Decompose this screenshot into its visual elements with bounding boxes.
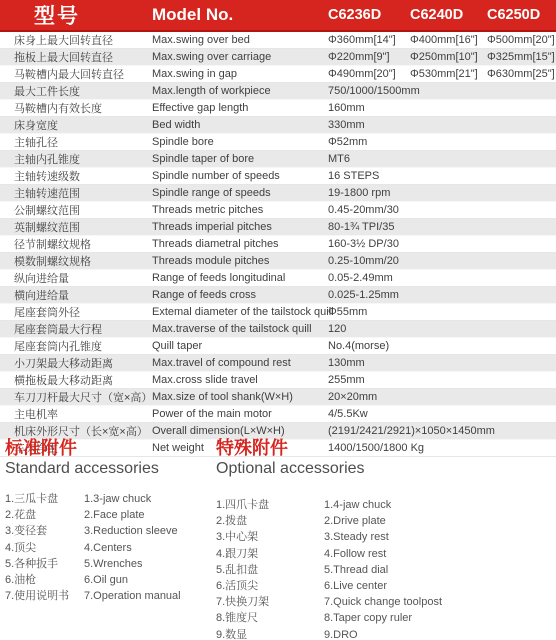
spec-value-1: 160-3½ DP/30 [328, 236, 556, 253]
spec-label-en: Range of feeds longitudinal [152, 270, 328, 287]
accessory-label-en: 8.Taper copy ruler [324, 610, 412, 626]
table-row: 机床外形尺寸（长×宽×高） Overall dimension(L×W×H) (… [0, 423, 556, 440]
table-row: 床身宽度 Bed width 330mm [0, 117, 556, 134]
table-row: 尾座套筒外径 Extemal diameter of the tailstock… [0, 304, 556, 321]
table-row: 床身上最大回转直径 Max.swing over bed Φ360mm[14"]… [0, 31, 556, 49]
spec-label-cn: 主轴内孔锥度 [0, 151, 152, 168]
accessory-label-cn: 9.数显 [216, 627, 324, 640]
accessory-label-en: 5.Wrenches [84, 556, 143, 572]
spec-label-cn: 拖板上最大回转直径 [0, 49, 152, 66]
accessory-label-cn: 5.乱扣盘 [216, 562, 324, 578]
table-row: 英制螺纹范围 Threads imperial pitches 80-1¾ TP… [0, 219, 556, 236]
list-item: 2.拨盘 2.Drive plate [216, 513, 551, 529]
spec-value-2: Φ400mm[16"] [410, 31, 487, 49]
spec-value-1: Φ52mm [328, 134, 556, 151]
accessory-label-cn: 1.三瓜卡盘 [5, 491, 84, 507]
spec-value-1: 4/5.5Kw [328, 406, 556, 423]
optional-accessories-section: 特殊附件 Optional accessories 1.四爪卡盘 1.4-jaw… [216, 439, 551, 640]
spec-label-en: Range of feeds cross [152, 287, 328, 304]
spec-label-cn: 最大工件长度 [0, 83, 152, 100]
optional-accessories-title-en: Optional accessories [216, 460, 551, 478]
spec-value-1: MT6 [328, 151, 556, 168]
table-row: 主轴转速范围 Spindle range of speeds 19-1800 r… [0, 185, 556, 202]
spec-label-en: Threads imperial pitches [152, 219, 328, 236]
spec-table-header: 型号 Model No. C6236D C6240D C6250D [0, 0, 556, 31]
accessory-label-en: 6.Live center [324, 578, 387, 594]
table-row: 横拖板最大移动距离 Max.cross slide travel 255mm [0, 372, 556, 389]
list-item: 5.各种扳手 5.Wrenches [5, 556, 213, 572]
table-row: 纵向进给量 Range of feeds longitudinal 0.05-2… [0, 270, 556, 287]
spec-table: 型号 Model No. C6236D C6240D C6250D 床身上最大回… [0, 0, 556, 457]
spec-value-1: 80-1¾ TPI/35 [328, 219, 556, 236]
table-row: 主轴内孔锥度 Spindle taper of bore MT6 [0, 151, 556, 168]
spec-value-1: 120 [328, 321, 556, 338]
accessory-label-en: 3.Steady rest [324, 529, 389, 545]
spec-label-cn: 径节制螺纹规格 [0, 236, 152, 253]
optional-accessories-title-cn: 特殊附件 [216, 439, 551, 458]
accessory-label-cn: 2.花盘 [5, 507, 84, 523]
spec-label-en: Threads metric pitches [152, 202, 328, 219]
spec-sheet-page: { "colors": { "header_red": "#d6251e", "… [0, 0, 556, 640]
spec-label-cn: 横向进给量 [0, 287, 152, 304]
spec-value-1: 16 STEPS [328, 168, 556, 185]
spec-label-en: Spindle number of speeds [152, 168, 328, 185]
accessory-label-en: 2.Drive plate [324, 513, 386, 529]
spec-value-3: Φ630mm[25"] [487, 66, 556, 83]
spec-label-en: Max.swing in gap [152, 66, 328, 83]
accessory-label-cn: 7.快换刀架 [216, 594, 324, 610]
spec-label-cn: 小刀架最大移动距离 [0, 355, 152, 372]
table-row: 小刀架最大移动距离 Max.travel of compound rest 13… [0, 355, 556, 372]
spec-label-cn: 机床外形尺寸（长×宽×高） [0, 423, 152, 440]
list-item: 7.快换刀架 7.Quick change toolpost [216, 594, 551, 610]
spec-label-cn: 横拖板最大移动距离 [0, 372, 152, 389]
table-row: 马鞍槽内最大回转直径 Max.swing in gap Φ490mm[20"] … [0, 66, 556, 83]
spec-value-1: 0.025-1.25mm [328, 287, 556, 304]
spec-label-cn: 尾座套筒外径 [0, 304, 152, 321]
header-model-c6240d: C6240D [410, 0, 487, 31]
spec-label-cn: 模数制螺纹规格 [0, 253, 152, 270]
accessory-label-en: 1.3-jaw chuck [84, 491, 151, 507]
table-row: 横向进给量 Range of feeds cross 0.025-1.25mm [0, 287, 556, 304]
standard-accessories-title-en: Standard accessories [5, 460, 213, 478]
spec-label-en: Max.swing over carriage [152, 49, 328, 66]
spec-value-1: 19-1800 rpm [328, 185, 556, 202]
spec-value-1: 255mm [328, 372, 556, 389]
spec-label-en: Power of the main motor [152, 406, 328, 423]
spec-value-1: 0.25-10mm/20 [328, 253, 556, 270]
spec-label-cn: 纵向进给量 [0, 270, 152, 287]
list-item: 5.乱扣盘 5.Thread dial [216, 562, 551, 578]
accessory-label-en: 7.Quick change toolpost [324, 594, 442, 610]
table-row: 主轴转速级数 Spindle number of speeds 16 STEPS [0, 168, 556, 185]
accessory-label-cn: 1.四爪卡盘 [216, 497, 324, 513]
list-item: 1.三瓜卡盘 1.3-jaw chuck [5, 491, 213, 507]
accessory-label-cn: 3.变径套 [5, 523, 84, 539]
standard-accessories-section: 标准附件 Standard accessories 1.三瓜卡盘 1.3-jaw… [5, 439, 213, 604]
spec-label-cn: 公制螺纹范围 [0, 202, 152, 219]
accessory-label-cn: 4.跟刀架 [216, 546, 324, 562]
spec-label-en: Extemal diameter of the tailstock quill [152, 304, 328, 321]
accessory-label-cn: 6.活顶尖 [216, 578, 324, 594]
list-item: 6.油枪 6.Oil gun [5, 572, 213, 588]
spec-value-1: 130mm [328, 355, 556, 372]
spec-label-en: Max.traverse of the tailstock quill [152, 321, 328, 338]
spec-value-1: 0.05-2.49mm [328, 270, 556, 287]
spec-value-1: Φ55mm [328, 304, 556, 321]
table-row: 主电机率 Power of the main motor 4/5.5Kw [0, 406, 556, 423]
spec-label-cn: 车刀刀杆最大尺寸（宽×高） [0, 389, 152, 406]
spec-label-cn: 床身上最大回转直径 [0, 31, 152, 49]
list-item: 1.四爪卡盘 1.4-jaw chuck [216, 497, 551, 513]
accessory-label-cn: 3.中心架 [216, 529, 324, 545]
spec-value-2: Φ250mm[10"] [410, 49, 487, 66]
table-row: 车刀刀杆最大尺寸（宽×高） Max.size of tool shank(W×H… [0, 389, 556, 406]
header-label-en: Model No. [152, 0, 328, 31]
spec-value-3: Φ325mm[15"] [487, 49, 556, 66]
spec-label-cn: 主轴转速级数 [0, 168, 152, 185]
spec-label-en: Max.length of workpiece [152, 83, 328, 100]
spec-label-en: Max.cross slide travel [152, 372, 328, 389]
table-row: 马鞍槽内有效长度 Effective gap length 160mm [0, 100, 556, 117]
spec-label-cn: 主轴转速范围 [0, 185, 152, 202]
spec-label-cn: 床身宽度 [0, 117, 152, 134]
spec-value-1: 160mm [328, 100, 556, 117]
table-row: 模数制螺纹规格 Threads module pitches 0.25-10mm… [0, 253, 556, 270]
accessory-label-cn: 5.各种扳手 [5, 556, 84, 572]
spec-label-en: Max.travel of compound rest [152, 355, 328, 372]
spec-label-cn: 主轴孔径 [0, 134, 152, 151]
spec-label-en: Threads diametral pitches [152, 236, 328, 253]
accessory-label-en: 1.4-jaw chuck [324, 497, 391, 513]
list-item: 3.中心架 3.Steady rest [216, 529, 551, 545]
accessory-label-en: 9.DRO [324, 627, 358, 640]
header-model-c6236d: C6236D [328, 0, 410, 31]
spec-value-1: No.4(morse) [328, 338, 556, 355]
spec-value-1: Φ360mm[14"] [328, 31, 410, 49]
accessory-label-cn: 4.顶尖 [5, 540, 84, 556]
spec-label-en: Spindle taper of bore [152, 151, 328, 168]
spec-label-en: Threads module pitches [152, 253, 328, 270]
spec-label-cn: 英制螺纹范围 [0, 219, 152, 236]
table-row: 最大工件长度 Max.length of workpiece 750/1000/… [0, 83, 556, 100]
accessory-label-en: 4.Centers [84, 540, 132, 556]
table-row: 拖板上最大回转直径 Max.swing over carriage Φ220mm… [0, 49, 556, 66]
spec-label-en: Spindle bore [152, 134, 328, 151]
accessory-label-en: 3.Reduction sleeve [84, 523, 178, 539]
list-item: 3.变径套 3.Reduction sleeve [5, 523, 213, 539]
accessory-label-en: 7.Operation manual [84, 588, 181, 604]
table-row: 尾座套筒最大行程 Max.traverse of the tailstock q… [0, 321, 556, 338]
accessory-label-cn: 7.使用说明书 [5, 588, 84, 604]
spec-label-en: Max.size of tool shank(W×H) [152, 389, 328, 406]
standard-accessories-list: 1.三瓜卡盘 1.3-jaw chuck 2.花盘 2.Face plate 3… [5, 491, 213, 604]
header-label-cn: 型号 [0, 0, 152, 31]
accessory-label-en: 6.Oil gun [84, 572, 128, 588]
spec-label-en: Max.swing over bed [152, 31, 328, 49]
spec-value-1: Φ490mm[20"] [328, 66, 410, 83]
spec-value-3: Φ500mm[20"] [487, 31, 556, 49]
list-item: 6.活顶尖 6.Live center [216, 578, 551, 594]
spec-table-body: 床身上最大回转直径 Max.swing over bed Φ360mm[14"]… [0, 31, 556, 457]
spec-label-cn: 主电机率 [0, 406, 152, 423]
list-item: 7.使用说明书 7.Operation manual [5, 588, 213, 604]
optional-accessories-list: 1.四爪卡盘 1.4-jaw chuck 2.拨盘 2.Drive plate … [216, 497, 551, 640]
spec-label-cn: 马鞍槽内最大回转直径 [0, 66, 152, 83]
accessory-label-en: 5.Thread dial [324, 562, 388, 578]
table-row: 公制螺纹范围 Threads metric pitches 0.45-20mm/… [0, 202, 556, 219]
list-item: 2.花盘 2.Face plate [5, 507, 213, 523]
spec-label-en: Spindle range of speeds [152, 185, 328, 202]
spec-label-en: Bed width [152, 117, 328, 134]
list-item: 4.跟刀架 4.Follow rest [216, 546, 551, 562]
spec-value-1: 330mm [328, 117, 556, 134]
spec-value-1: 750/1000/1500mm [328, 83, 556, 100]
spec-label-cn: 尾座套筒最大行程 [0, 321, 152, 338]
spec-label-en: Overall dimension(L×W×H) [152, 423, 328, 440]
list-item: 4.顶尖 4.Centers [5, 540, 213, 556]
spec-label-cn: 尾座套筒内孔锥度 [0, 338, 152, 355]
spec-value-1: (2191/2421/2921)×1050×1450mm [328, 423, 556, 440]
spec-label-en: Effective gap length [152, 100, 328, 117]
spec-value-2: Φ530mm[21"] [410, 66, 487, 83]
spec-value-1: 0.45-20mm/30 [328, 202, 556, 219]
accessory-label-cn: 2.拨盘 [216, 513, 324, 529]
header-model-c6250d: C6250D [487, 0, 556, 31]
list-item: 9.数显 9.DRO [216, 627, 551, 640]
standard-accessories-title-cn: 标准附件 [5, 439, 213, 458]
spec-value-1: Φ220mm[9"] [328, 49, 410, 66]
table-row: 主轴孔径 Spindle bore Φ52mm [0, 134, 556, 151]
table-row: 径节制螺纹规格 Threads diametral pitches 160-3½… [0, 236, 556, 253]
accessory-label-cn: 6.油枪 [5, 572, 84, 588]
spec-label-en: Quill taper [152, 338, 328, 355]
list-item: 8.锥度尺 8.Taper copy ruler [216, 610, 551, 626]
spec-label-cn: 马鞍槽内有效长度 [0, 100, 152, 117]
accessory-label-en: 4.Follow rest [324, 546, 386, 562]
accessory-label-cn: 8.锥度尺 [216, 610, 324, 626]
accessory-label-en: 2.Face plate [84, 507, 145, 523]
spec-value-1: 20×20mm [328, 389, 556, 406]
table-row: 尾座套筒内孔锥度 Quill taper No.4(morse) [0, 338, 556, 355]
